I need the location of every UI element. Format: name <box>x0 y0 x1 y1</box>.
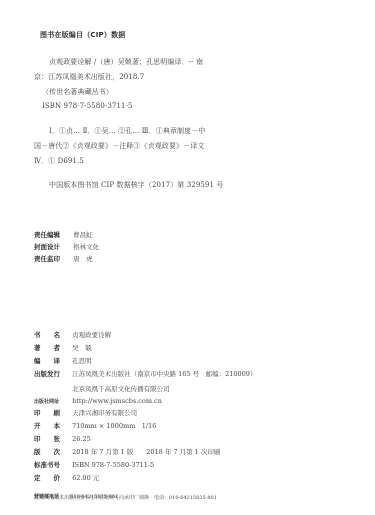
colophon-value: 62.00 元 <box>72 474 99 482</box>
cip-line-2: 京：江苏凤凰美术出版社，2018.7 <box>34 72 144 82</box>
staff-row: 责任监印 唐 虎 <box>34 246 93 265</box>
cip-number: 中国版本图书馆 CIP 数据核字（2017）第 329591 号 <box>49 180 223 190</box>
cip-heading: 图书在版编目（CIP）数据 <box>40 30 125 40</box>
cip-class-3: Ⅳ．① D691.5 <box>34 156 84 166</box>
cip-line-3: （传世名著典藏丛书） <box>42 87 113 97</box>
colophon-label: 定 价 <box>34 473 67 482</box>
staff-value: 唐 虎 <box>73 255 93 263</box>
staff-label: 责任监印 <box>34 255 60 263</box>
colophon-row: 定 价 62.00 元 <box>34 465 99 484</box>
cip-isbn: ISBN 978-7-5580-3711-5 <box>42 102 133 110</box>
print-error-notice: 江苏凤凰美术出版社图书凡印装错误可向承印厂调换 电话：010-64215835-… <box>34 494 217 501</box>
cip-class-2: 国－唐代②《贞观政要》－注释③《贞观政要》－译文 <box>34 141 204 151</box>
cip-line-1: 贞观政要诠解 /（唐）吴兢著；孔思明编译．-- 南 <box>49 57 203 67</box>
cip-class-1: Ⅰ．①贞… Ⅱ．①吴… ②孔… Ⅲ．①典章制度－中 <box>49 126 205 136</box>
